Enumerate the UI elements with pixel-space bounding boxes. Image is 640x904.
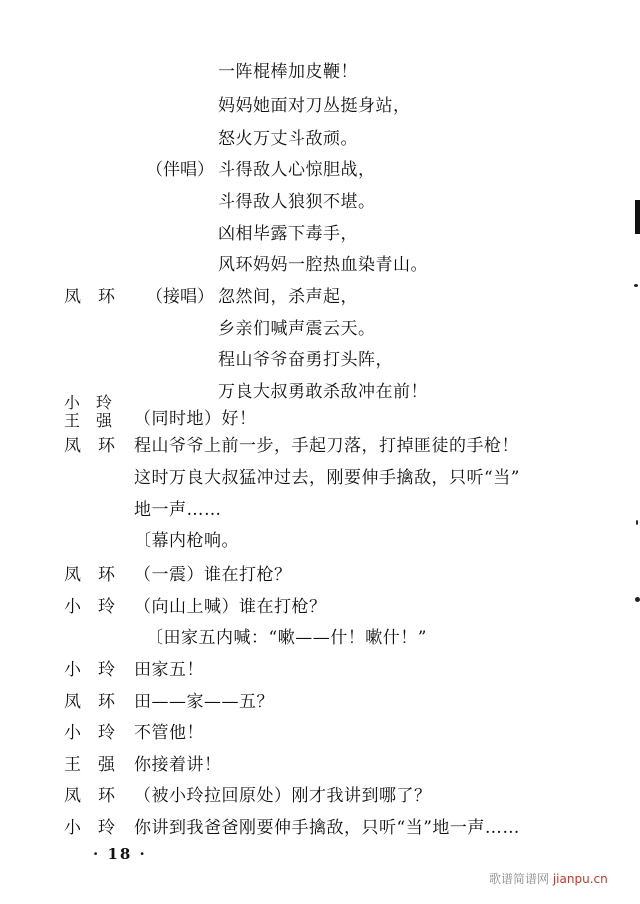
speaker-label: 小 玲 xyxy=(64,597,115,617)
speaker-label: 小 玲 xyxy=(64,723,115,743)
script-line: 田——家——五？ xyxy=(134,692,274,712)
script-line: （向山上喊）谁在打枪？ xyxy=(134,597,327,617)
script-line: 田家五！ xyxy=(134,660,204,680)
speaker-label: 凤 环 xyxy=(64,692,115,712)
script-line: （被小玲拉回原处）刚才我讲到哪了？ xyxy=(134,786,432,806)
stacked-speaker-top: 小 玲 xyxy=(64,396,112,410)
speaker-label: 小 玲 xyxy=(64,660,115,680)
script-line: 怒火万丈斗敌顽。 xyxy=(218,129,358,149)
script-line: 程山爷爷上前一步，手起刀落，打掉匪徒的手枪！ xyxy=(134,436,519,456)
script-line: 不管他！ xyxy=(134,723,204,743)
script-line: 风环妈妈一腔热血染青山。 xyxy=(218,255,428,275)
stage-direction-label: （接唱） xyxy=(146,287,214,307)
speaker-label: 凤 环 xyxy=(64,287,115,307)
speaker-label: 凤 环 xyxy=(64,786,115,806)
stage-direction-label: （伴唱） xyxy=(146,160,214,180)
script-line: 这时万良大叔猛冲过去，刚要伸手擒敌，只听“当” xyxy=(134,468,520,488)
speaker-label: 凤 环 xyxy=(64,565,115,585)
script-line: 一阵棍棒加皮鞭！ xyxy=(218,62,358,82)
speaker-label: 小 玲 xyxy=(64,818,115,838)
script-line: 程山爷爷奋勇打头阵， xyxy=(218,350,393,370)
watermark-site: 歌谱简谱网 xyxy=(489,872,549,886)
scan-speck xyxy=(636,520,638,525)
scan-speck xyxy=(635,597,640,602)
watermark: 歌谱简谱网 jianpu.cn xyxy=(489,870,608,887)
script-line: 凶相毕露下毒手， xyxy=(218,224,358,244)
script-line: 忽然间，杀声起， xyxy=(218,287,358,307)
script-line: 〔幕内枪响。 xyxy=(134,531,239,551)
script-line: 万良大叔勇敢杀敌冲在前！ xyxy=(218,382,428,402)
script-line: 乡亲们喊声震云天。 xyxy=(218,319,376,339)
scan-speck xyxy=(634,284,638,287)
script-line: （同时地）好！ xyxy=(134,409,257,429)
script-line: 地一声…… xyxy=(134,500,222,520)
speaker-label: 王 强 xyxy=(64,755,115,775)
script-line: 斗得敌人狼狈不堪。 xyxy=(218,192,376,212)
script-line: 〔田家五内喊：“嗽——什！嗽什！” xyxy=(146,628,427,648)
script-line: 你讲到我爸爸刚要伸手擒敌，只听“当”地一声…… xyxy=(134,818,520,838)
watermark-url: jianpu.cn xyxy=(553,872,608,886)
script-line: 你接着讲！ xyxy=(134,755,222,775)
stacked-speaker-bottom: 王 强 xyxy=(64,414,112,428)
page-number: · 18 · xyxy=(93,845,147,863)
script-line: 妈妈她面对刀丛挺身站， xyxy=(218,96,411,116)
script-line: 斗得敌人心惊胆战， xyxy=(218,160,376,180)
speaker-label: 凤 环 xyxy=(64,436,115,456)
script-line: （一震）谁在打枪？ xyxy=(134,565,292,585)
scan-edge-mark xyxy=(635,200,640,234)
